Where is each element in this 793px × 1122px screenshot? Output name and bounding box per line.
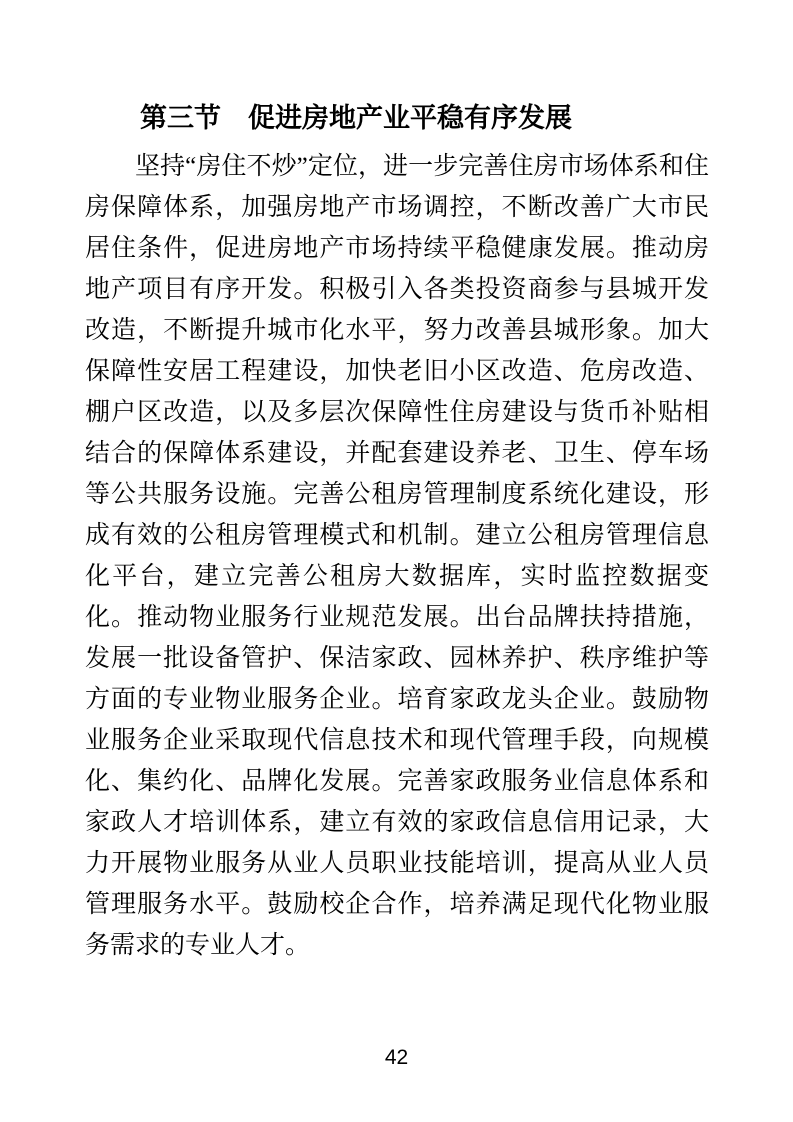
body-paragraph: 坚持“房住不炒”定位，进一步完善住房市场体系和住房保障体系，加强房地产市场调控，…	[85, 146, 709, 966]
section-heading: 第三节 促进房地产业平稳有序发展	[140, 99, 572, 137]
document-page: 第三节 促进房地产业平稳有序发展 坚持“房住不炒”定位，进一步完善住房市场体系和…	[0, 0, 793, 1122]
page-number: 42	[0, 1046, 793, 1070]
